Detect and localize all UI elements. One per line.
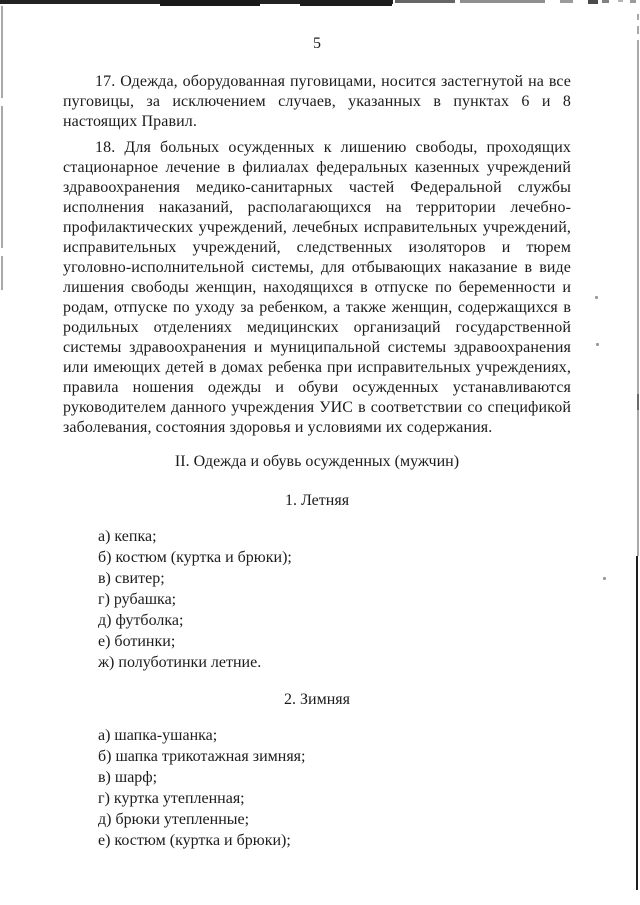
list-item: ж) полуботинки летние. <box>98 652 571 673</box>
list-item: г) рубашка; <box>98 589 571 610</box>
scan-edge-top <box>300 0 392 6</box>
scan-edge-left <box>1 256 3 290</box>
scan-edge-top <box>460 0 545 3</box>
scan-edge-right <box>637 26 639 34</box>
list-item: е) ботинки; <box>98 631 571 652</box>
scan-edge-left <box>1 6 3 98</box>
list-item: а) кепка; <box>98 526 571 547</box>
section-heading: II. Одежда и обувь осужденных (мужчин) <box>63 452 571 472</box>
scan-edge-top-dash <box>618 0 623 2</box>
scan-edge-top <box>395 0 455 3</box>
subsection-heading-summer: 1. Летняя <box>63 491 571 511</box>
subsection-heading-winter: 2. Зимняя <box>63 690 571 710</box>
list-item: г) куртка утепленная; <box>98 788 571 809</box>
scan-edge-right-dark <box>636 556 638 890</box>
scan-edge-left <box>1 106 3 248</box>
scan-speck <box>596 343 599 346</box>
list-item: в) свитер; <box>98 568 571 589</box>
page-number: 5 <box>63 34 571 54</box>
scan-edge-top <box>160 0 260 6</box>
document-page: 5 17. Одежда, оборудованная пуговицами, … <box>0 0 640 905</box>
list-item: д) футболка; <box>98 610 571 631</box>
scan-speck <box>603 577 606 580</box>
list-item: б) шапка трикотажная зимняя; <box>98 746 571 767</box>
list-item: д) брюки утепленные; <box>98 809 571 830</box>
scan-edge-top-dash <box>560 0 573 3</box>
list-item: в) шарф; <box>98 767 571 788</box>
scan-edge-right <box>637 40 639 556</box>
scan-edge-top-dash <box>630 0 636 3</box>
scan-speck <box>595 296 598 299</box>
scan-edge-right <box>637 14 639 20</box>
list-item: б) костюм (куртка и брюки); <box>98 547 571 568</box>
scan-edge-right <box>637 394 639 410</box>
clothing-list-summer: а) кепка; б) костюм (куртка и брюки); в)… <box>63 526 571 673</box>
paragraph-17: 17. Одежда, оборудованная пуговицами, но… <box>63 72 571 132</box>
text-block: 5 17. Одежда, оборудованная пуговицами, … <box>63 34 571 851</box>
scan-edge-top-dash <box>602 0 609 3</box>
list-item: а) шапка-ушанка; <box>98 725 571 746</box>
list-item: е) костюм (куртка и брюки); <box>98 830 571 851</box>
paragraph-18: 18. Для больных осужденных к лишению сво… <box>63 138 571 438</box>
scan-edge-top-dash <box>588 0 598 4</box>
clothing-list-winter: а) шапка-ушанка; б) шапка трикотажная зи… <box>63 725 571 851</box>
